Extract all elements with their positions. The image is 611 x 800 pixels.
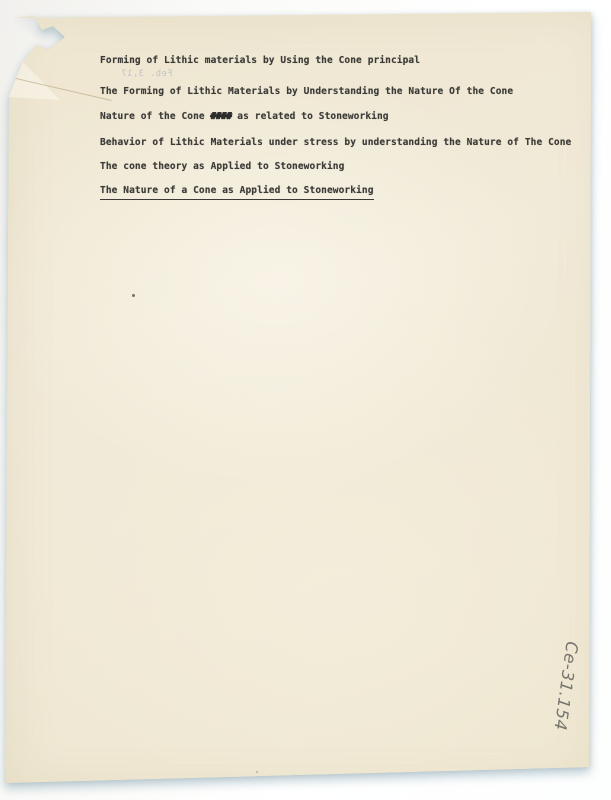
typed-line-6: The Nature of a Cone as Applied to Stone…: [100, 184, 374, 200]
bleedthrough-date-note: Feb. 3,17: [121, 69, 172, 79]
typed-line-3-prefix: Nature of the Cone: [100, 111, 211, 122]
typed-line-5: The cone theory as Applied to Stoneworki…: [100, 160, 344, 173]
typed-line-3: Nature of the Cone #### as related to St…: [100, 110, 389, 123]
typed-line-1: Forming of Lithic materials by Using the…: [100, 54, 420, 67]
paper-shadow: Forming of Lithic materials by Using the…: [0, 0, 611, 800]
handwritten-catalog-number: Ce-31.154: [550, 640, 581, 732]
typed-line-2: The Forming of Lithic Materials by Under…: [100, 85, 513, 98]
paper-speck: [256, 771, 258, 773]
paper-sheet: Forming of Lithic materials by Using the…: [0, 0, 611, 800]
folded-corner: [0, 0, 70, 110]
typed-line-4: Behavior of Lithic Materials under stres…: [100, 136, 571, 149]
paper-speck: [132, 294, 135, 297]
typed-line-6-underlined-text: The Nature of a Cone as Applied to Stone…: [100, 184, 374, 200]
typed-overstrike-word: ####: [211, 111, 232, 122]
typed-line-3-suffix: as related to Stoneworking: [231, 111, 388, 122]
scanned-document-page: Forming of Lithic materials by Using the…: [0, 0, 611, 800]
